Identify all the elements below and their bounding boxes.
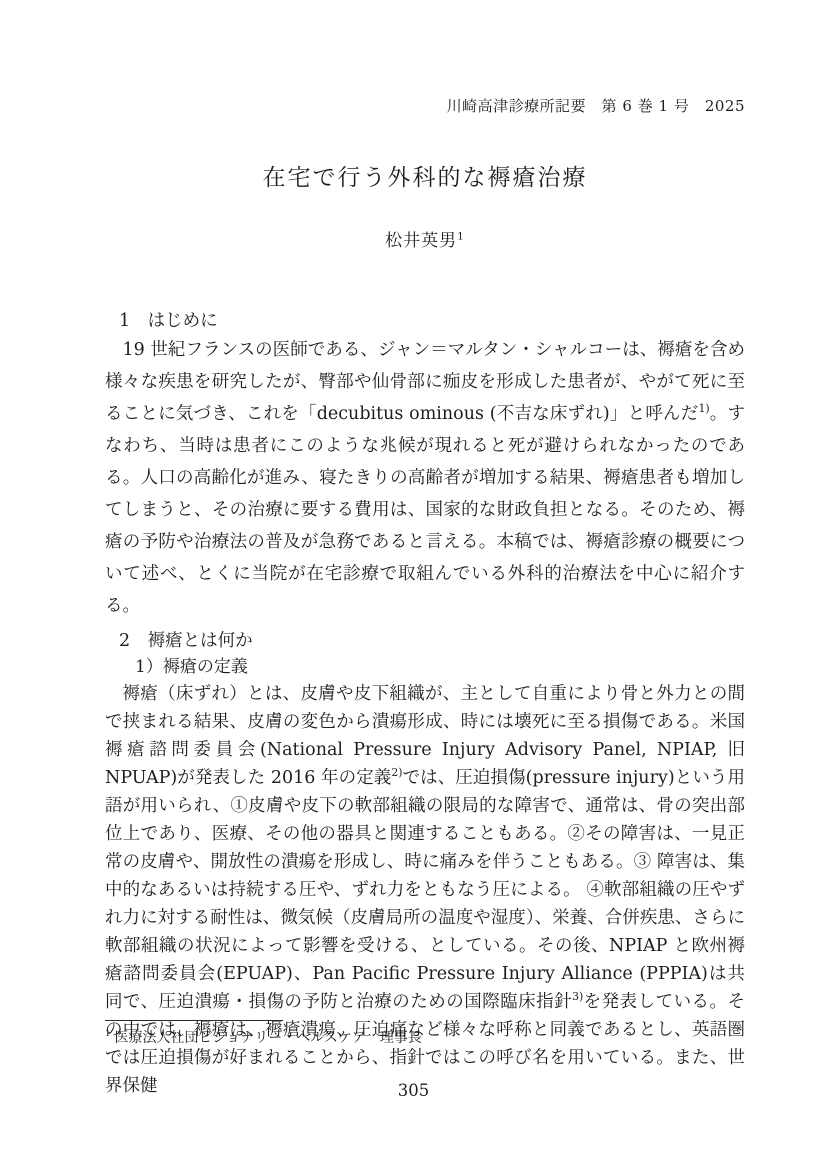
author-footnote-mark: 1 [457, 230, 465, 242]
section-number: 2 [119, 631, 130, 651]
footnote-mark: 1 [105, 1029, 111, 1039]
section: 1はじめに19 世紀フランスの医師である、ジャン＝マルタン・シャルコーは、褥瘡を… [105, 308, 745, 622]
paper-title: 在宅で行う外科的な褥瘡治療 [105, 162, 745, 194]
journal-header: 川崎高津診療所記要 第 6 巻 1 号 2025 [105, 97, 745, 115]
footnote: 1医療法人社団ビジョナリー・ヘルスケア 理事長 [105, 1028, 745, 1048]
body-paragraph: 19 世紀フランスの医師である、ジャン＝マルタン・シャルコーは、褥瘡を含め様々な… [105, 334, 745, 622]
subsection-heading: 1）褥瘡の定義 [135, 654, 745, 680]
page-number: 305 [0, 1081, 827, 1100]
author-line: 松井英男1 [105, 230, 745, 252]
section-heading: 2褥瘡とは何か [119, 628, 745, 654]
reference-mark: 2) [391, 766, 402, 779]
author-name: 松井英男 [385, 231, 457, 251]
section-heading-text: はじめに [148, 311, 218, 331]
section-number: 1 [119, 311, 130, 331]
section-heading: 1はじめに [119, 308, 745, 334]
footnote-text: 医療法人社団ビジョナリー・ヘルスケア 理事長 [115, 1030, 422, 1046]
footnote-area: 1医療法人社団ビジョナリー・ヘルスケア 理事長 [105, 1020, 745, 1048]
document-page: 川崎高津診療所記要 第 6 巻 1 号 2025 在宅で行う外科的な褥瘡治療 松… [0, 0, 827, 1170]
reference-mark: 1) [698, 402, 709, 415]
footnote-separator [105, 1020, 283, 1021]
reference-mark: 3) [572, 990, 583, 1003]
section-heading-text: 褥瘡とは何か [148, 631, 253, 651]
paper-body: 1はじめに19 世紀フランスの医師である、ジャン＝マルタン・シャルコーは、褥瘡を… [105, 308, 745, 1100]
